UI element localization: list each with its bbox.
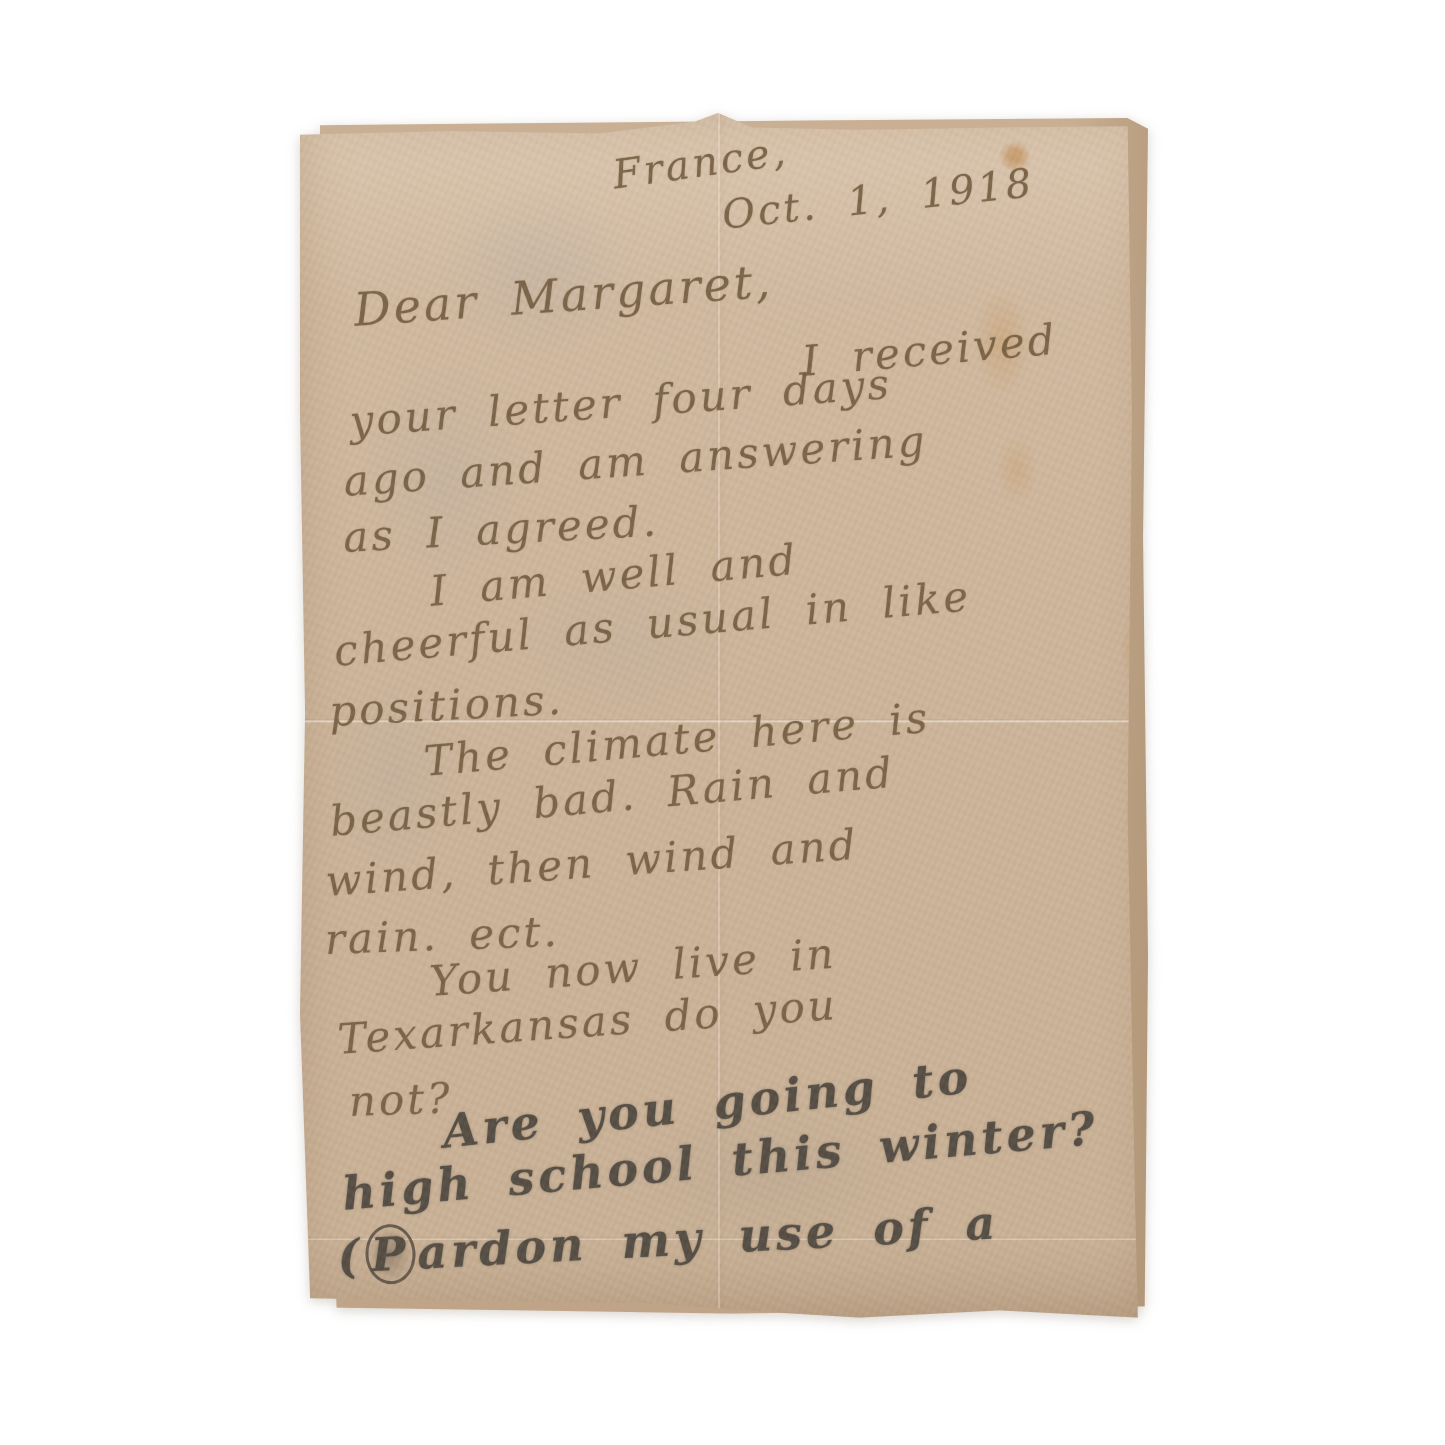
letter-photograph: France, Oct. 1, 1918 Dear Margaret, I re… bbox=[0, 0, 1445, 1445]
letter-line: not? bbox=[348, 1073, 453, 1126]
paper-stack: France, Oct. 1, 1918 Dear Margaret, I re… bbox=[0, 0, 1445, 1445]
letter-page: France, Oct. 1, 1918 Dear Margaret, I re… bbox=[300, 113, 1148, 1320]
open-paren: ( bbox=[336, 1229, 365, 1284]
line-remainder: ardon my use of a bbox=[416, 1195, 1001, 1279]
letter-salutation: Dear Margaret, bbox=[352, 254, 775, 337]
circled-scribbled-letter: P bbox=[364, 1223, 417, 1286]
